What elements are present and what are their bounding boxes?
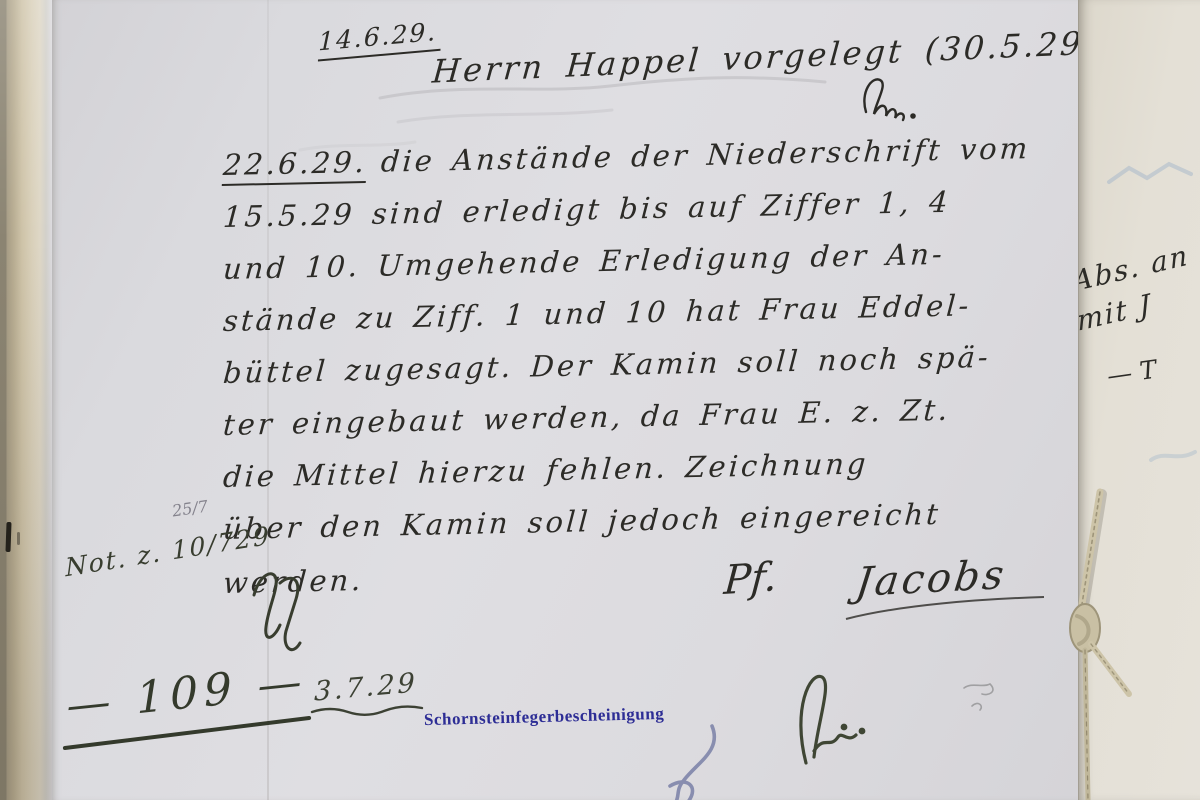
next-page-fragment: mit J <box>1078 287 1153 337</box>
blue-pencil-mark <box>1145 436 1200 476</box>
next-page-fragment: — T <box>1105 355 1158 391</box>
blue-pencil-mark <box>1103 148 1200 198</box>
entry-date: 22.6.29. <box>222 145 368 186</box>
archive-photo: 14.6.29. Herrn Happel vorgelegt (30.5.29… <box>0 0 1200 800</box>
page-stack-edge <box>0 0 52 800</box>
clerk-initials-signature: Pf. <box>722 554 778 604</box>
ink-mark <box>17 532 20 545</box>
ink-mark <box>5 522 11 552</box>
next-page-fragment: Abs. an E <box>1078 231 1200 298</box>
right-page: Abs. an E mit J — T <box>1078 0 1200 800</box>
official-signature: Jacobs <box>853 552 1009 606</box>
entry-line: werden. <box>222 563 365 600</box>
